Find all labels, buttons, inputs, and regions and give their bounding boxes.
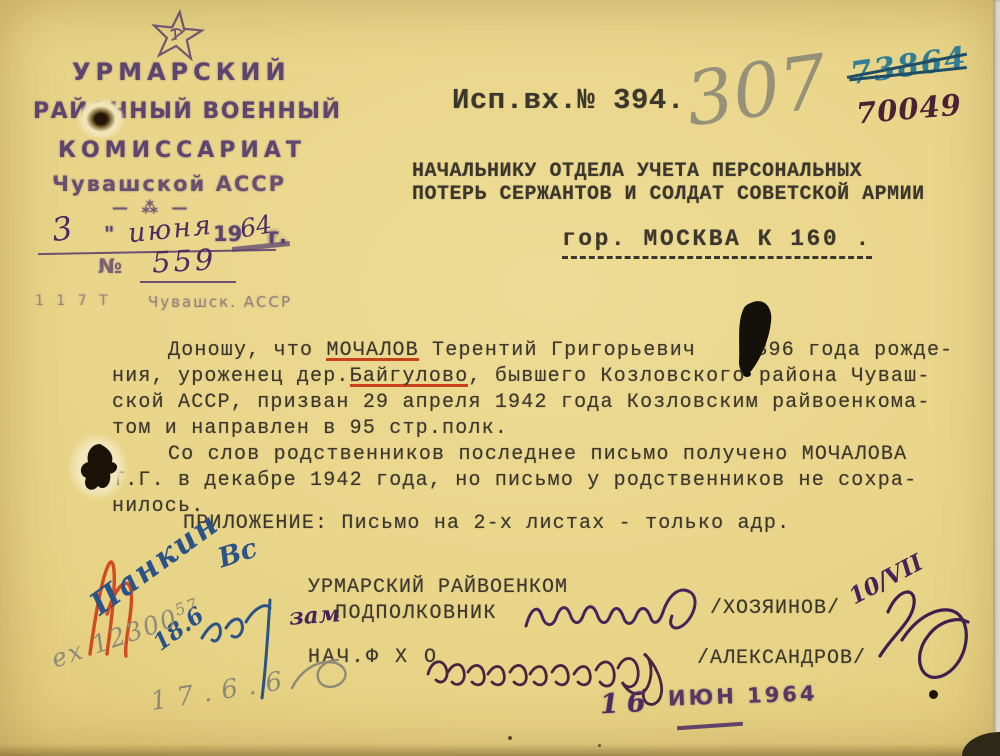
stamp-org-line4: Чувашской АССР [52,172,286,196]
paper-hole-mid-tear [74,438,126,498]
body-text: 896 года рожде- [755,339,953,362]
pencil-loop [286,650,356,698]
stamp-footer-right: Чувашск. АССР [148,293,292,311]
paper-hole-top [70,92,132,146]
signature-name2: /АЛЕКСАНДРОВ/ [697,647,866,670]
village-underlined: Байгулово [350,365,469,388]
body-text: Доношу, что [168,339,326,362]
date-stamp-month-year: ИЮН 1964 [668,681,818,710]
signature-aleksandrov [422,648,707,706]
addressee-line1: НАЧАЛЬНИКУ ОТДЕЛА УЧЕТА ПЕРСОНАЛЬНЫХ [412,160,862,183]
stamp-year-prefix: 19 [213,222,242,246]
pencil-number: 307 [681,39,833,144]
new-number: 70049 [855,87,963,130]
body-paragraph-2-line-2: Т.Г. в декабре 1942 года, но письмо у ро… [112,469,917,492]
scanned-document: УРМАРСКИЙ РАЙОННЫЙ ВОЕННЫЙ КОМИССАРИАТ Ч… [0,0,1000,756]
addressee-line2: ПОТЕРЬ СЕРЖАНТОВ И СОЛДАТ СОВЕТСКОЙ АРМИ… [412,183,925,206]
date-stamp-day: 16 [599,687,654,721]
blue-initials: Вс [214,533,261,575]
ink-blot [727,300,783,380]
body-text: ния, уроженец дер. [112,365,350,388]
scan-edge-right [993,0,1000,756]
body-text: , бывшего Козловского района Чуваш- [468,365,930,388]
scan-corner-bottom-right [962,732,1000,756]
body-paragraph-1-line-4: том и направлен в 95 стр.полк. [112,417,508,440]
signature-flourish [858,578,978,688]
paper-speck-2 [508,736,512,740]
stamp-footer-left: 1 1 7 Т [35,293,112,309]
addressee-city: гор. МОСКВА К 160 . [562,226,872,259]
body-text: Со слов родственников последнее письмо п… [168,443,907,466]
surname-underlined: МОЧАЛОВ [326,339,418,362]
body-text: Терентий Григорьевич [419,339,709,362]
signature-rank: ПОДПОЛКОВНИК [335,602,497,625]
stamp-number-value: 559 [151,242,217,279]
stamp-number-sign: № [98,254,122,278]
stamp-date-day: 3 [49,209,74,249]
body-paragraph-1-line-3: ской АССР, призван 29 апреля 1942 года К… [112,391,931,414]
body-paragraph-2-line-1: Со слов родственников последнее письмо п… [168,443,907,466]
date-stamp-underline [677,722,743,731]
body-paragraph-1-line-1: Доношу, что МОЧАЛОВ Терентий Григорьевич… [112,339,953,362]
body-paragraph-1-line-2: ния, уроженец дер.Байгулово, бывшего Коз… [112,365,931,388]
stamp-org-line1: УРМАРСКИЙ [72,58,291,86]
signature-name1: /ХОЗЯИНОВ/ [710,597,840,620]
stamp-date-quote: " [104,222,114,246]
attachment-line: ПРИЛОЖЕНИЕ: Письмо на 2-х листах - тольк… [183,512,790,535]
incoming-number: Исп.вх.№ 394. [452,84,685,117]
scan-edge-bottom [0,744,1000,756]
stamp-number-underline [140,281,236,283]
paper-speck-1 [929,690,938,699]
signature-khozyainov [522,582,717,642]
crossed-number-wrap: 73864 [848,40,970,92]
